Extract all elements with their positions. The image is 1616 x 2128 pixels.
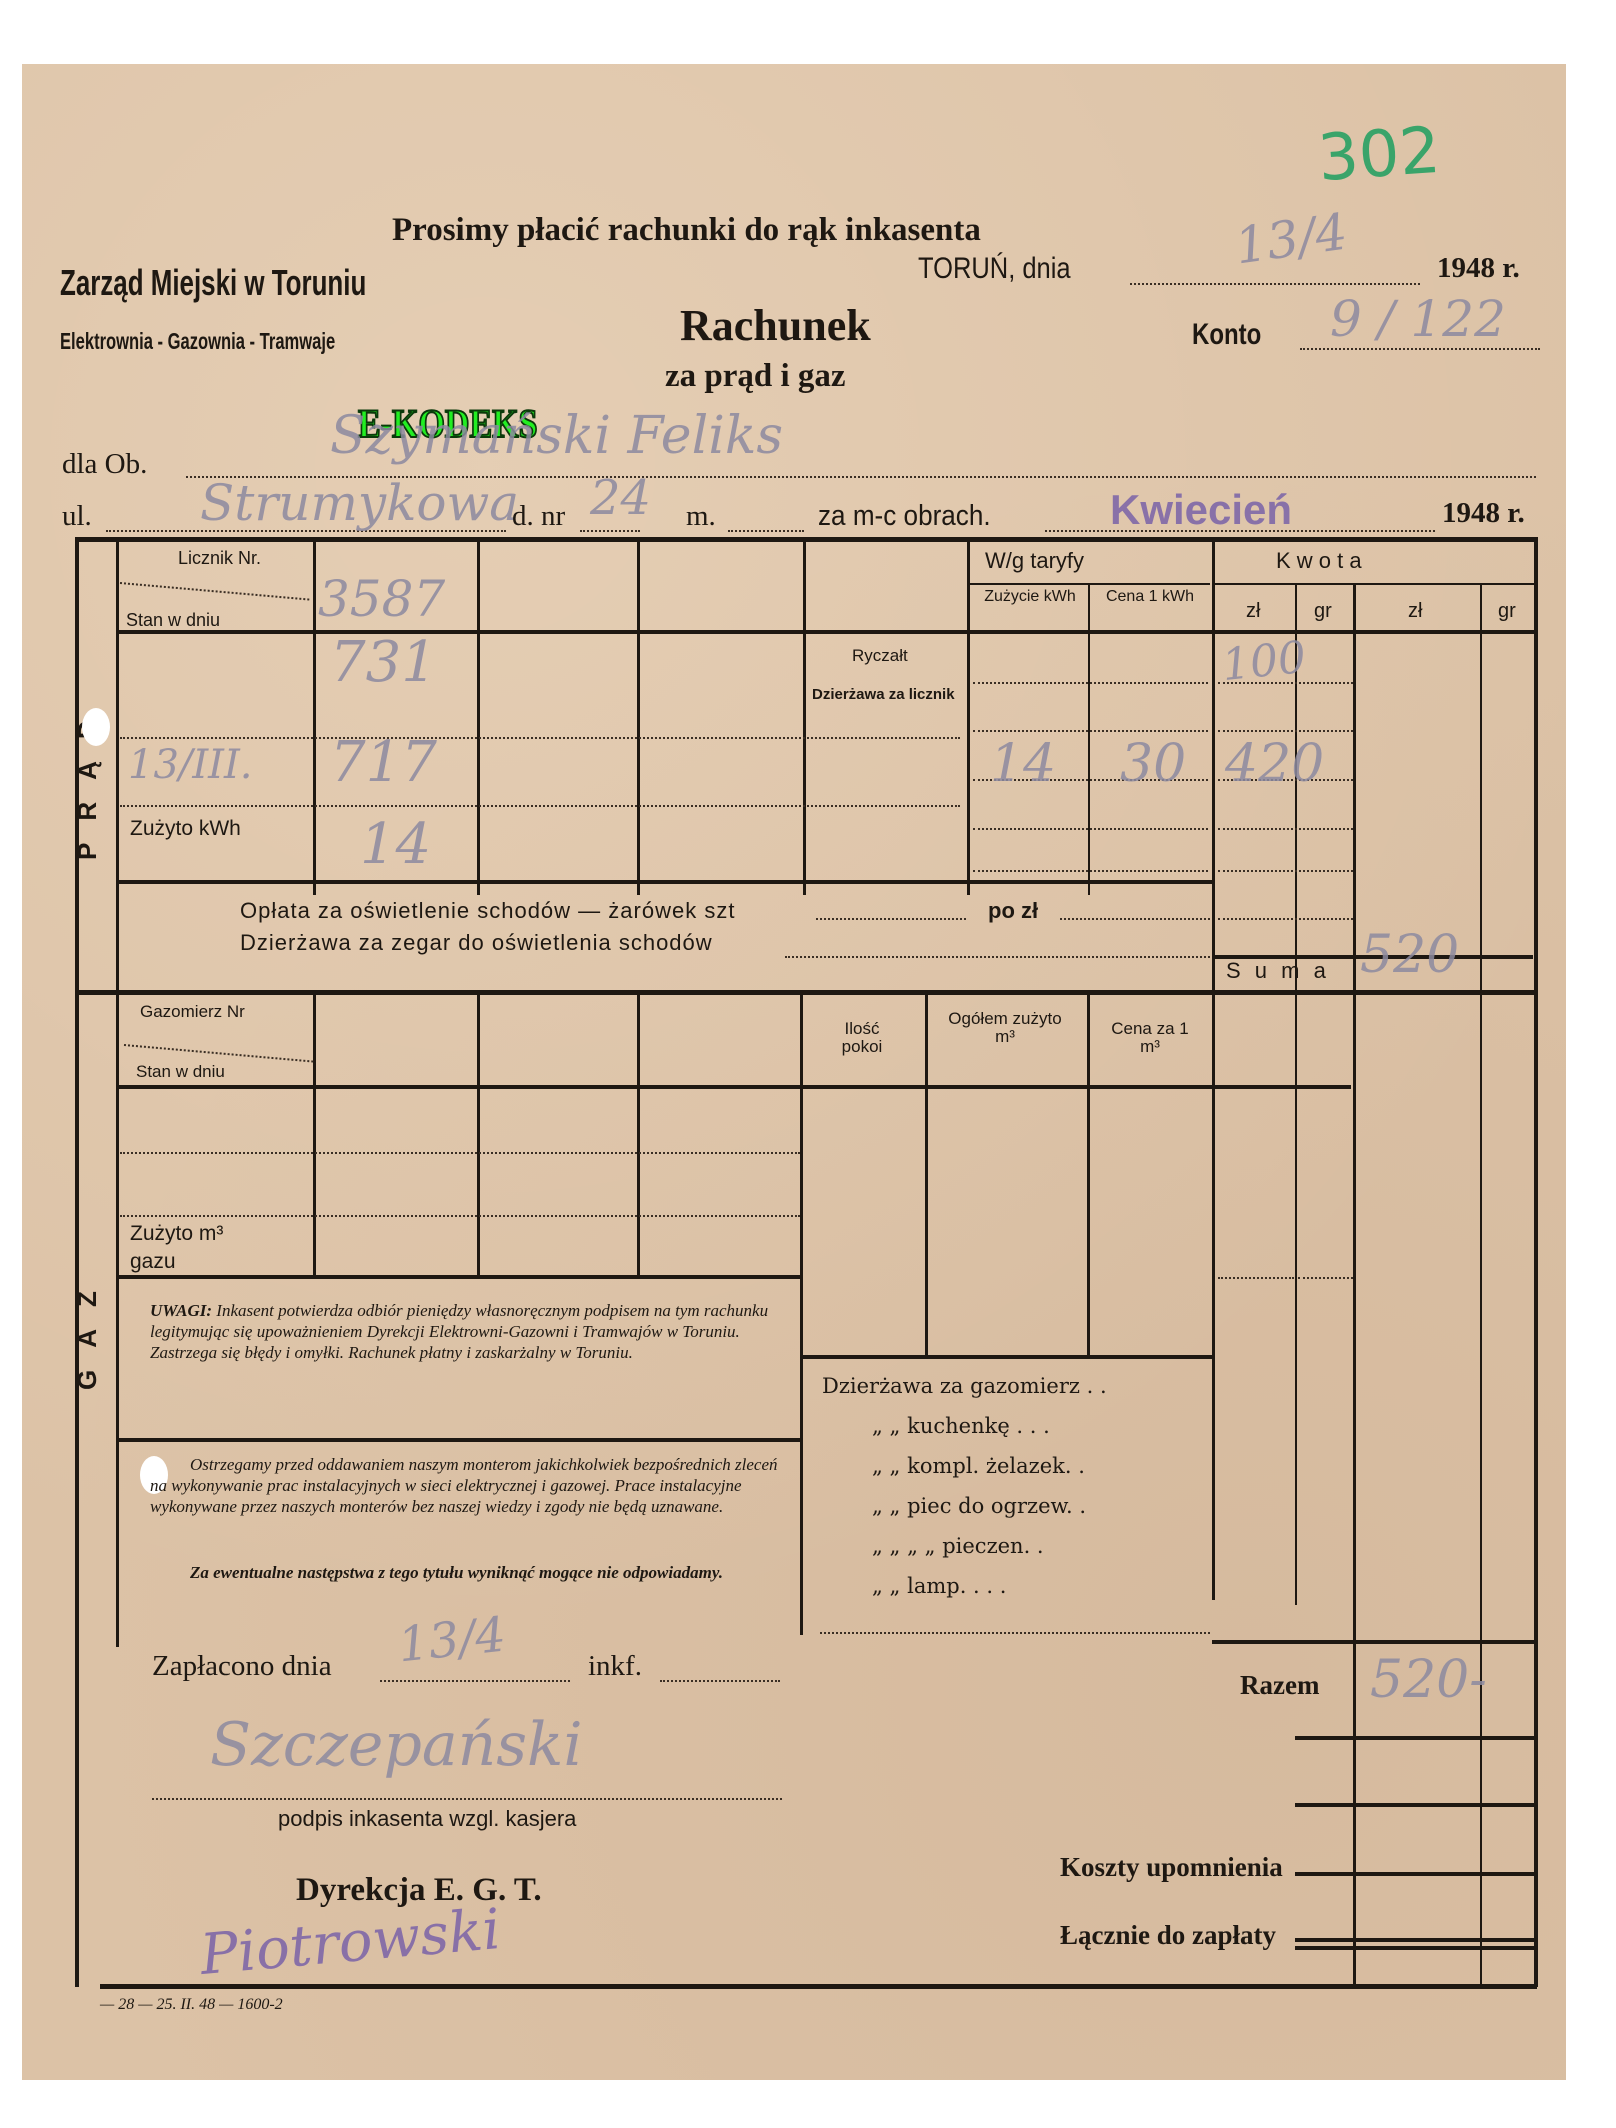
house-number-label: d. nr [512,500,565,533]
column-divider [637,995,640,1275]
document-number: 302 [1316,114,1443,196]
zl-label-1: zł [1246,600,1260,623]
section-label-gaz: GAZ [72,1269,103,1390]
row-price-value: 30 [1120,734,1186,794]
gr-label-1: gr [1314,600,1332,623]
column-divider [313,540,316,895]
flat-line [728,530,804,532]
stairs-clock-label: Dzierżawa za zegar do oświetlenia schodó… [240,930,713,956]
column-divider [803,540,806,895]
rooms-header: Ilość pokoi [822,1020,902,1056]
gas-rent-item: „ „ kompl. żelazek. . [822,1446,1212,1486]
reading-date-label: Stan w dniu [126,610,220,631]
gas-reading-date-label: Stan w dniu [136,1062,225,1082]
inkf-label: inkf. [588,1650,642,1683]
row-amount-value: 420 [1225,734,1324,794]
column-divider [800,995,803,1355]
gas-rent-top [800,1355,1212,1359]
gas-rent-item: Dzierżawa za gazomierz . . [822,1366,1212,1406]
street-value: Strumykowa [200,474,519,532]
notes-divider [116,1438,801,1442]
column-divider [637,540,640,895]
row-dotted-line [120,1215,800,1217]
row-dotted-line [1218,828,1353,830]
row-dotted-line [1218,1277,1294,1279]
paid-date-line [380,1680,570,1682]
row-kwh-value: 14 [990,734,1056,794]
tariff-header: W/g taryfy [985,548,1084,574]
tariff-divider [970,583,1210,585]
column-divider [800,1355,803,1635]
used-kwh-value: 14 [360,812,431,877]
row-dotted-line [1218,870,1353,872]
razem-label: Razem [1240,1670,1319,1701]
reminder-costs-label: Koszty upomnienia [1060,1852,1283,1883]
gas-rent-item: „ „ lamp. . . . [822,1566,1212,1606]
gas-header-bottom [116,1085,1351,1089]
stairs-dotted-line [1218,918,1353,920]
issuer-name: Zarząd Miejski w Toruniu [60,262,366,304]
stairs-clock-dotted-line [785,956,1210,958]
gas-body-bottom [116,1275,801,1279]
total-due-label: Łącznie do zapłaty [1060,1920,1276,1951]
gas-sum-bottom [1212,1640,1535,1644]
table-top-border [75,537,1537,542]
table-right-border [1534,537,1538,1987]
totals-row-line [1295,1946,1535,1950]
razem-value: 520- [1370,1650,1487,1710]
page-subtitle: za prąd i gaz [665,358,846,395]
house-number-value: 24 [590,470,651,526]
column-divider [477,540,480,895]
column-divider [313,995,316,1275]
collector-signature: Szczepański [210,1710,583,1780]
meter-rent-label: Dzierżawa za licznik [812,686,955,703]
prad-gaz-divider [75,990,1537,995]
amount-divider [1215,583,1535,585]
current-reading: 731 [330,630,437,695]
previous-reading-date: 13/III. [128,742,253,788]
used-kwh-label: Zużyto kWh [130,815,250,842]
rent-list-bottom-dots [820,1632,1210,1634]
customer-name-value: Szymański Feliks [330,406,783,466]
row-dotted-line [120,737,960,739]
per-zl-label: po zł [988,898,1038,924]
print-info: — 28 — 25. II. 48 — 1600-2 [100,1996,283,2014]
row-dotted-line [1218,730,1353,732]
sum-label: S u m a [1226,958,1330,984]
gas-rent-item: „ „ kuchenkę . . . [822,1406,1212,1446]
amount-header: K w o t a [1276,548,1362,574]
column-divider [967,540,970,895]
price-header: Cena 1 kWh [1100,588,1200,605]
inkf-line [660,1680,780,1682]
row-dotted-line [120,805,960,807]
payment-notice: Prosimy płacić rachunki do rąk inkasenta [392,212,981,249]
uwagi-label: UWAGI: [150,1301,212,1320]
paid-date-label: Zapłacono dnia [152,1650,332,1683]
column-divider [477,995,480,1275]
account-line [1300,348,1540,350]
row-dotted-line [1298,1277,1353,1279]
gas-rent-item: „ „ piec do ogrzew. . [822,1486,1212,1526]
warning-text: Ostrzegamy przed oddawaniem naszym monte… [150,1454,780,1517]
paid-date-value: 13/4 [395,1607,508,1674]
previous-reading: 717 [330,730,437,795]
flat-label: m. [686,500,716,533]
column-divider [1480,585,1482,1985]
totals-row-line [1295,1736,1535,1740]
customer-name-label: dla Ob. [62,448,147,481]
period-year: 1948 r. [1442,497,1525,530]
gas-price-header: Cena za 1 m³ [1100,1020,1200,1056]
house-number-line [580,530,640,532]
gas-meter-number-label: Gazomierz Nr [140,1002,245,1022]
column-divider [925,995,928,1355]
street-label: ul. [62,500,92,533]
period-label: za m-c obrach. [818,500,991,533]
stairs-dotted-line [816,918,966,920]
totals-row-line [1295,1938,1535,1942]
period-stamp: Kwiecień [1110,486,1292,534]
row-dotted-line [973,828,1208,830]
page-title: Rachunek [680,300,871,351]
consumption-header: Zużycie kWh [980,588,1080,605]
account-value: 9 / 122 [1330,290,1506,348]
column-divider [1087,995,1090,1355]
gr-label-2: gr [1498,600,1516,623]
prad-body-bottom [116,880,1212,884]
gas-used-label: Zużyto m³ gazu [130,1220,240,1276]
gas-rent-item: „ „ „ „ pieczen. . [822,1526,1212,1566]
table-bottom-border [100,1984,1537,1989]
gas-rent-list: Dzierżawa za gazomierz . .„ „ kuchenkę .… [822,1366,1212,1606]
meter-rent-amount: 100 [1220,632,1309,691]
stairs-lighting-label: Opłata za oświetlenie schodów — żarówek … [240,898,735,924]
totals-row-line [1295,1803,1535,1807]
totals-row-line [1295,1872,1535,1876]
account-label: Konto [1192,318,1261,352]
signature-caption: podpis inkasenta wzgl. kasjera [278,1806,576,1832]
meter-number-label: Licznik Nr. [178,548,261,569]
total-used-header: Ogółem zużyto m³ [945,1010,1065,1046]
row-dotted-line [973,730,1208,732]
uwagi-text: Inkasent potwierdza odbiór pieniędzy wła… [150,1301,768,1362]
liability-text: Za ewentualne następstwa z tego tytułu w… [150,1562,780,1583]
column-divider [1353,585,1356,1985]
date-line [1130,283,1420,285]
flat-rate-label: Ryczałt [852,646,908,666]
date-year: 1948 r. [1437,252,1520,285]
signature-line [152,1798,782,1800]
sum-value: 520 [1360,925,1459,985]
row-dotted-line [973,682,1208,684]
section-label-column [116,537,119,1647]
punch-hole [82,708,110,746]
header-bottom-border [116,630,1534,634]
place-date-label: TORUŃ, dnia [918,252,1071,286]
column-divider [1212,540,1215,1600]
zl-label-2: zł [1408,600,1422,623]
row-dotted-line [120,1152,800,1154]
stairs-dotted-line [1060,918,1210,920]
meter-number-value: 3587 [318,570,445,628]
row-dotted-line [973,870,1208,872]
issuer-units: Elektrownia - Gazownia - Tramwaje [60,328,335,355]
uwagi-note: UWAGI: Inkasent potwierdza odbiór pienię… [150,1300,790,1363]
